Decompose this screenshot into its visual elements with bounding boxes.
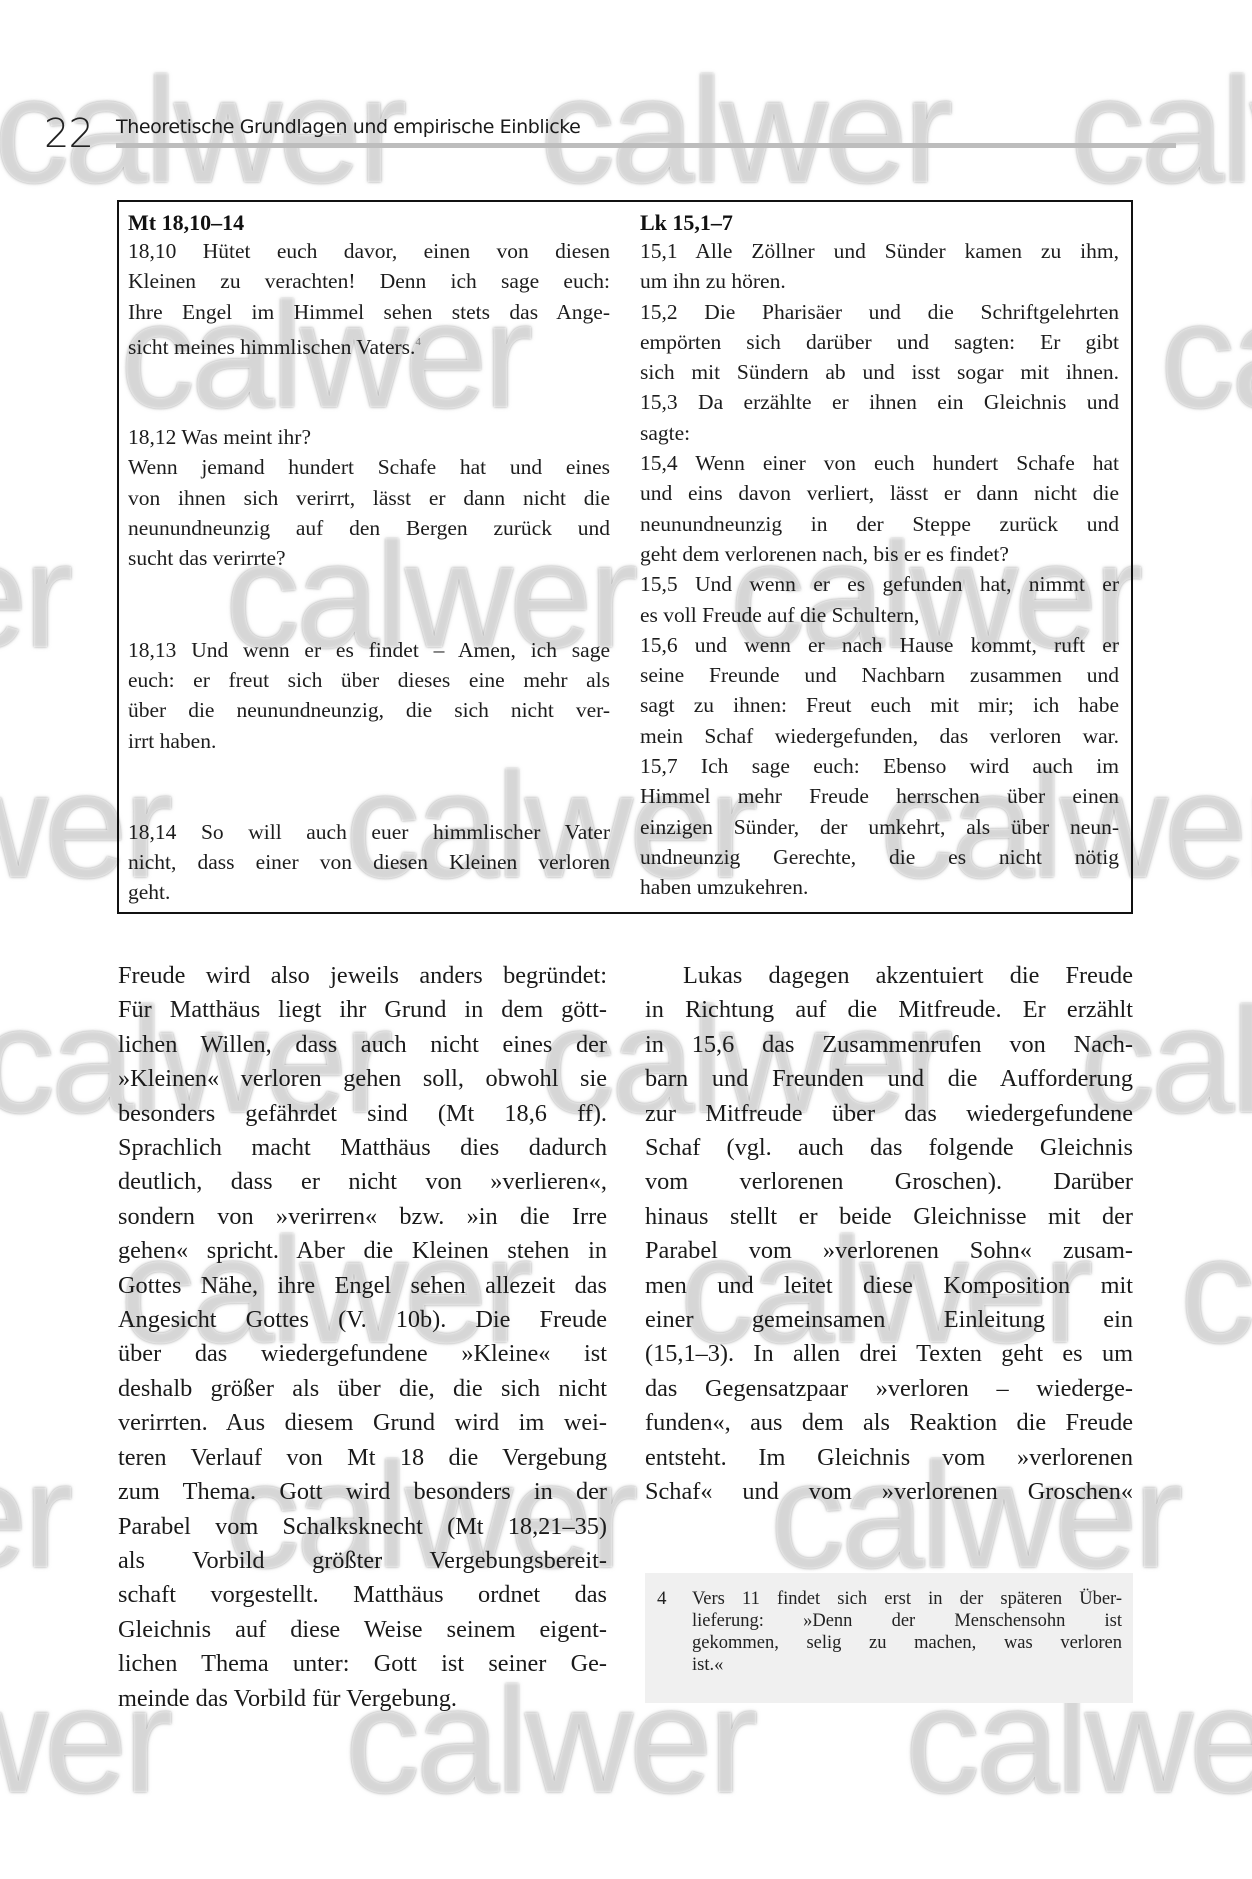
body-line: funden«, aus dem als Reaktion die Freude	[645, 1406, 1133, 1440]
body-line: entsteht. Im Gleichnis vom »verlorenen	[645, 1441, 1133, 1475]
body-line: zum Thema. Gott wird besonders in der	[118, 1475, 607, 1509]
footnote-line: ist.«	[692, 1654, 1122, 1676]
verse-line: und eins davon verliert, lässt er dann n…	[640, 478, 1119, 508]
header-rule	[116, 143, 1176, 148]
watermark-text: calwer	[1180, 1215, 1252, 1365]
body-line: verirrten. Aus diesem Grund wird im wei-	[118, 1406, 607, 1440]
verse-block: 18,10 Hütet euch davor, einen von diesen…	[128, 236, 610, 362]
page-number: 22	[44, 112, 93, 156]
verse-line-text: sicht meines himmlischen Vaters.	[128, 335, 415, 359]
body-line: als Vorbild größter Vergebungsbereit-	[118, 1544, 607, 1578]
footnote-number: 4	[657, 1588, 667, 1610]
body-line: meinde das Vorbild für Vergebung.	[118, 1682, 607, 1716]
verse-line: sagt zu ihnen: Freut euch mit mir; ich h…	[640, 690, 1119, 720]
verse-line: es voll Freude auf die Schultern,	[640, 600, 1119, 630]
verse-line: nicht, dass einer von diesen Kleinen ver…	[128, 847, 610, 877]
body-line: zur Mitfreude über das wiedergefundene	[645, 1097, 1133, 1131]
watermark-text: calwer	[0, 520, 69, 670]
verse-line: sucht das verirrte?	[128, 543, 610, 573]
footnote-line: lieferung: »Denn der Menschensohn ist	[692, 1610, 1122, 1632]
book-page: calwer calwer calwer calwer calwer calwe…	[0, 0, 1252, 1879]
verse-line: undneunzig Gerechte, die es nicht nötig	[640, 842, 1119, 872]
verse-line: Wenn jemand hundert Schafe hat und eines	[128, 452, 610, 482]
verse-line: sagte:	[640, 418, 1119, 448]
body-line: »Kleinen« verloren gehen soll, obwohl si…	[118, 1062, 607, 1096]
verse-line: 18,13 Und wenn er es findet – Amen, ich …	[128, 635, 610, 665]
body-line: Sprachlich macht Matthäus dies dadurch	[118, 1131, 607, 1165]
body-line: einer gemeinsamen Einleitung ein	[645, 1303, 1133, 1337]
body-line: Angesicht Gottes (V. 10b). Die Freude	[118, 1303, 607, 1337]
verse-line: 18,14 So will auch euer himmlischer Vate…	[128, 817, 610, 847]
body-line: Schaf (vgl. auch das folgende Gleichnis	[645, 1131, 1133, 1165]
body-line: lichen Willen, dass auch nicht eines der	[118, 1028, 607, 1062]
verse-line: neunundneunzig auf den Bergen zurück und	[128, 513, 610, 543]
verse-line: seine Freunde und Nachbarn zusammen und	[640, 660, 1119, 690]
verse-line: 15,6 und wenn er nach Hause kommt, ruft …	[640, 630, 1119, 660]
watermark-text: calwer	[0, 1440, 69, 1590]
verse-line: Kleinen zu verachten! Denn ich sage euch…	[128, 266, 610, 296]
column-heading: Lk 15,1–7	[640, 210, 1131, 236]
verse-line: haben umzukehren.	[640, 872, 1119, 902]
verse-line: empörten sich darüber und sagten: Er gib…	[640, 327, 1119, 357]
verse-block: 18,13 Und wenn er es findet – Amen, ich …	[128, 635, 610, 756]
verse-block: 15,1 Alle Zöllner und Sünder kamen zu ih…	[640, 236, 1119, 903]
body-column-left: Freude wird also jeweils anders begründe…	[118, 959, 607, 1716]
verse-line: mein Schaf wiedergefunden, das verloren …	[640, 721, 1119, 751]
body-line: schaft vorgestellt. Matthäus ordnet das	[118, 1578, 607, 1612]
verse-line: geht dem verlorenen nach, bis er es find…	[640, 539, 1119, 569]
body-line: in 15,6 das Zusammenrufen von Nach-	[645, 1028, 1133, 1062]
body-line: barn und Freunden und die Aufforderung	[645, 1062, 1133, 1096]
verse-line: 15,4 Wenn einer von euch hundert Schafe …	[640, 448, 1119, 478]
body-line: men und leitet diese Komposition mit	[645, 1269, 1133, 1303]
verse-line: 15,1 Alle Zöllner und Sünder kamen zu ih…	[640, 236, 1119, 266]
verse-block: 18,12 Was meint ihr? Wenn jemand hundert…	[128, 422, 610, 573]
verse-line: 15,5 Und wenn er es gefunden hat, nimmt …	[640, 569, 1119, 599]
body-line: lichen Thema unter: Gott ist seiner Ge-	[118, 1647, 607, 1681]
body-line: teren Verlauf von Mt 18 die Vergebung	[118, 1441, 607, 1475]
watermark-text: calwer	[1160, 280, 1252, 430]
verse-line: euch: er freut sich über dieses eine meh…	[128, 665, 610, 695]
verse-line: Ihre Engel im Himmel sehen stets das Ang…	[128, 297, 610, 327]
verse-line: 18,12 Was meint ihr?	[128, 422, 610, 452]
verse-line: über die neunundneunzig, die sich nicht …	[128, 695, 610, 725]
body-line: (15,1–3). In allen drei Texten geht es u…	[645, 1337, 1133, 1371]
footnote-line: gekommen, selig zu machen, was verloren	[692, 1632, 1122, 1654]
verse-block: 18,14 So will auch euer himmlischer Vate…	[128, 817, 610, 908]
verse-line: 18,10 Hütet euch davor, einen von diesen	[128, 236, 610, 266]
footnote: 4 Vers 11 findet sich erst in der später…	[645, 1573, 1133, 1703]
body-column-right: Lukas dagegen akzentuiert die Freude in …	[645, 959, 1133, 1510]
body-line: hinaus stellt er beide Gleichnisse mit d…	[645, 1200, 1133, 1234]
body-line: das Gegensatzpaar »verloren – wiederge-	[645, 1372, 1133, 1406]
body-line: deshalb größer als über die, die sich ni…	[118, 1372, 607, 1406]
column-heading: Mt 18,10–14	[128, 210, 628, 236]
verse-line: geht.	[128, 877, 610, 907]
running-header: 22 Theoretische Grundlagen und empirisch…	[44, 112, 1134, 162]
verse-line: 15,3 Da erzählte er ihnen ein Gleichnis …	[640, 387, 1119, 417]
body-line: besonders gefährdet sind (Mt 18,6 ff).	[118, 1097, 607, 1131]
verse-line: sicht meines himmlischen Vaters.4	[128, 327, 610, 362]
verse-line: Himmel mehr Freude herrschen über einen	[640, 781, 1119, 811]
body-line: Freude wird also jeweils anders begründe…	[118, 959, 607, 993]
verse-line: einzigen Sünder, der umkehrt, als über n…	[640, 812, 1119, 842]
body-line: in Richtung auf die Mitfreude. Er erzähl…	[645, 993, 1133, 1027]
body-line: sondern von »verirren« bzw. »in die Irre	[118, 1200, 607, 1234]
verse-line: irrt haben.	[128, 726, 610, 756]
footnote-reference[interactable]: 4	[415, 336, 421, 348]
body-line: Gottes Nähe, ihre Engel sehen allezeit d…	[118, 1269, 607, 1303]
verse-line: von ihnen sich verirrt, lässt er dann ni…	[128, 483, 610, 513]
footnote-text: Vers 11 findet sich erst in der späteren…	[692, 1588, 1122, 1676]
synopsis-table: Mt 18,10–14 18,10 Hütet euch davor, eine…	[117, 200, 1133, 914]
synopsis-column-matthew: Mt 18,10–14 18,10 Hütet euch davor, eine…	[119, 202, 628, 912]
body-line: Parabel vom Schalksknecht (Mt 18,21–35)	[118, 1510, 607, 1544]
body-line: Lukas dagegen akzentuiert die Freude	[645, 959, 1133, 993]
verse-line: 15,2 Die Pharisäer und die Schriftgelehr…	[640, 297, 1119, 327]
body-line: gehen« spricht. Aber die Kleinen stehen …	[118, 1234, 607, 1268]
body-line: Für Matthäus liegt ihr Grund in dem gött…	[118, 993, 607, 1027]
body-line: über das wiedergefundene »Kleine« ist	[118, 1337, 607, 1371]
footnote-line: Vers 11 findet sich erst in der späteren…	[692, 1588, 1122, 1610]
synopsis-column-luke: Lk 15,1–7 15,1 Alle Zöllner und Sünder k…	[628, 202, 1131, 912]
body-line: vom verlorenen Groschen). Darüber	[645, 1165, 1133, 1199]
body-line: deutlich, dass er nicht von »verlieren«,	[118, 1165, 607, 1199]
running-title: Theoretische Grundlagen und empirische E…	[116, 116, 580, 138]
body-line: Schaf« und vom »verlorenen Groschen«	[645, 1475, 1133, 1509]
verse-line: neunundneunzig in der Steppe zurück und	[640, 509, 1119, 539]
verse-line: um ihn zu hören.	[640, 266, 1119, 296]
body-line: Gleichnis auf diese Weise seinem eigent-	[118, 1613, 607, 1647]
body-line: Parabel vom »verlorenen Sohn« zusam-	[645, 1234, 1133, 1268]
verse-line: sich mit Sündern ab und isst sogar mit i…	[640, 357, 1119, 387]
verse-line: 15,7 Ich sage euch: Ebenso wird auch im	[640, 751, 1119, 781]
